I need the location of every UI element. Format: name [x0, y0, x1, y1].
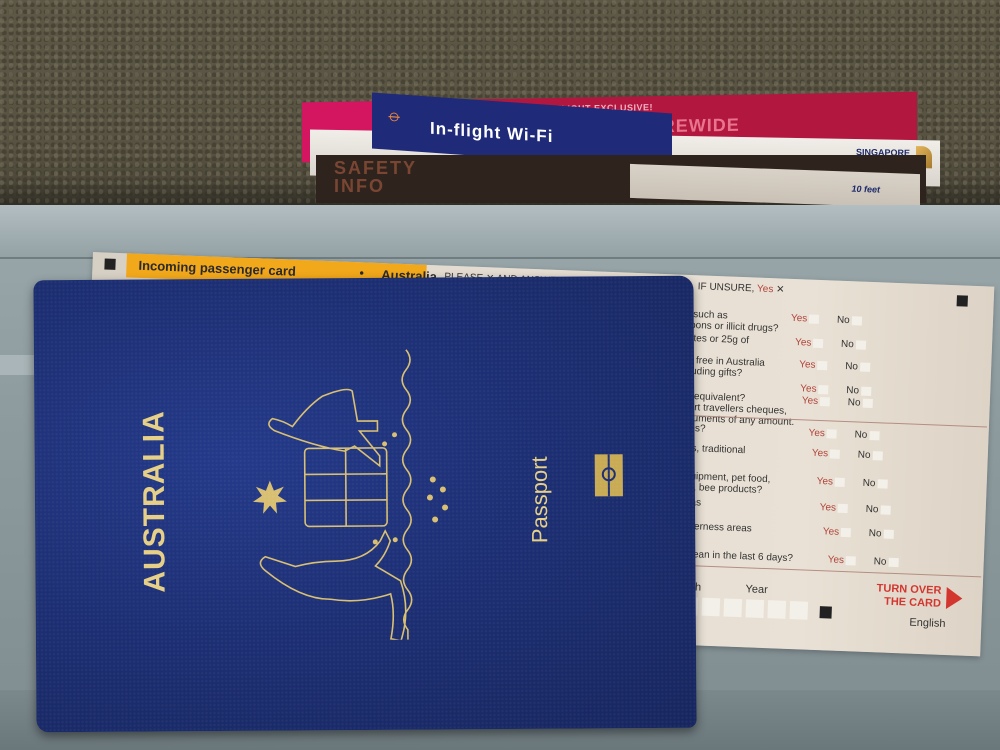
wifi-icon: ⦵	[386, 103, 403, 127]
yes-label: Yes	[812, 448, 829, 460]
yes-no-options: YesNo	[799, 359, 870, 373]
leaflet-label: 10 feet	[851, 184, 880, 195]
yes-checkbox[interactable]	[809, 314, 819, 323]
instruction-yes: Yes	[757, 284, 774, 296]
no-label: No	[848, 397, 861, 408]
no-checkbox[interactable]	[862, 399, 872, 408]
no-checkbox[interactable]	[852, 316, 862, 325]
no-checkbox[interactable]	[888, 558, 898, 567]
yes-checkbox[interactable]	[817, 361, 827, 370]
yes-label: Yes	[791, 313, 808, 325]
no-checkbox[interactable]	[872, 451, 882, 460]
yes-no-options: YesNo	[817, 476, 888, 490]
no-label: No	[837, 315, 850, 326]
passport: AUSTRALIA Passport	[33, 276, 696, 733]
yes-option[interactable]: Yes	[820, 502, 850, 514]
yes-checkbox[interactable]	[820, 397, 830, 406]
year-label: Year	[745, 583, 768, 596]
no-checkbox[interactable]	[856, 340, 866, 349]
yes-no-options: YesNo	[812, 448, 883, 462]
no-option[interactable]: No	[845, 361, 870, 373]
yes-label: Yes	[817, 476, 834, 488]
yes-option[interactable]: Yes	[795, 337, 825, 349]
date-box[interactable]	[723, 598, 742, 617]
alignment-marker	[819, 606, 831, 618]
instruction-unsure: IF UNSURE,	[698, 281, 755, 294]
date-box[interactable]	[767, 600, 786, 619]
no-label: No	[869, 528, 882, 539]
yes-checkbox[interactable]	[846, 556, 856, 565]
no-option[interactable]: No	[841, 339, 866, 351]
no-checkbox[interactable]	[883, 529, 893, 538]
no-option[interactable]: No	[862, 478, 887, 490]
yes-checkbox[interactable]	[838, 504, 848, 513]
coat-of-arms-icon	[234, 339, 456, 641]
no-checkbox[interactable]	[877, 479, 887, 488]
no-label: No	[858, 450, 871, 461]
no-checkbox[interactable]	[869, 431, 879, 440]
no-label: No	[845, 361, 858, 372]
yes-checkbox[interactable]	[830, 449, 840, 458]
wifi-title: In-flight Wi-Fi	[430, 119, 553, 148]
passport-label: Passport	[527, 440, 554, 560]
yes-no-options: YesNo	[791, 313, 862, 327]
no-checkbox[interactable]	[880, 505, 890, 514]
passport-country: AUSTRALIA	[137, 401, 172, 601]
yes-no-options: YesNo	[802, 395, 873, 409]
turn-over-notice: TURN OVER THE CARD	[876, 582, 942, 610]
no-label: No	[862, 478, 875, 489]
turn-over-line2: THE CARD	[876, 595, 941, 610]
yes-option[interactable]: Yes	[800, 383, 830, 395]
yes-label: Yes	[799, 359, 816, 371]
yes-label: Yes	[800, 383, 817, 395]
yes-option[interactable]: Yes	[823, 526, 853, 538]
no-label: No	[841, 339, 854, 350]
no-option[interactable]: No	[858, 450, 883, 462]
tray-table-lip	[0, 205, 1000, 259]
yes-label: Yes	[823, 526, 840, 538]
alignment-marker	[104, 258, 115, 269]
safety-line1: SAFETY	[334, 159, 417, 177]
no-option[interactable]: No	[837, 315, 862, 327]
card-title: Incoming passenger card	[138, 258, 296, 279]
yes-option[interactable]: Yes	[791, 313, 821, 325]
yes-checkbox[interactable]	[818, 385, 828, 394]
yes-option[interactable]: Yes	[802, 395, 832, 407]
date-entry-boxes[interactable]	[679, 597, 812, 625]
alignment-marker	[957, 295, 968, 306]
yes-label: Yes	[795, 337, 812, 349]
date-box[interactable]	[701, 598, 720, 617]
no-option[interactable]: No	[846, 385, 871, 397]
yes-no-options: YesNo	[820, 502, 891, 516]
no-option[interactable]: No	[865, 504, 890, 516]
no-label: No	[854, 429, 867, 440]
yes-no-options: YesNo	[795, 337, 866, 351]
yes-option[interactable]: Yes	[817, 476, 847, 488]
date-box[interactable]	[745, 599, 764, 618]
yes-no-options: YesNo	[808, 428, 879, 442]
safety-title: SAFETY INFO	[334, 159, 417, 195]
card-language: English	[909, 617, 946, 630]
yes-no-options: YesNo	[823, 526, 894, 540]
seat-pocket: IN-FLIGHT EXCLUSIVE! 15% OFF STOREWIDE S…	[300, 95, 940, 207]
yes-option[interactable]: Yes	[799, 359, 829, 371]
yes-no-options: YesNo	[828, 554, 899, 568]
yes-checkbox[interactable]	[827, 429, 837, 438]
yes-option[interactable]: Yes	[808, 428, 838, 440]
no-option[interactable]: No	[848, 397, 873, 409]
yes-label: Yes	[802, 395, 819, 407]
no-checkbox[interactable]	[860, 362, 870, 371]
yes-label: Yes	[828, 554, 845, 566]
safety-line2: INFO	[334, 177, 417, 195]
yes-option[interactable]: Yes	[812, 448, 842, 460]
yes-checkbox[interactable]	[813, 339, 823, 348]
date-box[interactable]	[789, 601, 808, 620]
yes-label: Yes	[820, 502, 837, 514]
no-option[interactable]: No	[854, 429, 879, 441]
yes-checkbox[interactable]	[841, 528, 851, 537]
no-label: No	[865, 504, 878, 515]
no-label: No	[846, 385, 859, 396]
yes-checkbox[interactable]	[835, 478, 845, 487]
no-option[interactable]: No	[873, 556, 898, 568]
no-checkbox[interactable]	[861, 386, 871, 395]
cross-mark-icon: ✕	[776, 284, 785, 295]
yes-option[interactable]: Yes	[828, 554, 858, 566]
arrow-right-icon	[946, 587, 963, 610]
no-option[interactable]: No	[869, 528, 894, 540]
biometric-chip-icon	[595, 454, 623, 496]
no-label: No	[873, 556, 886, 567]
yes-label: Yes	[808, 428, 825, 440]
